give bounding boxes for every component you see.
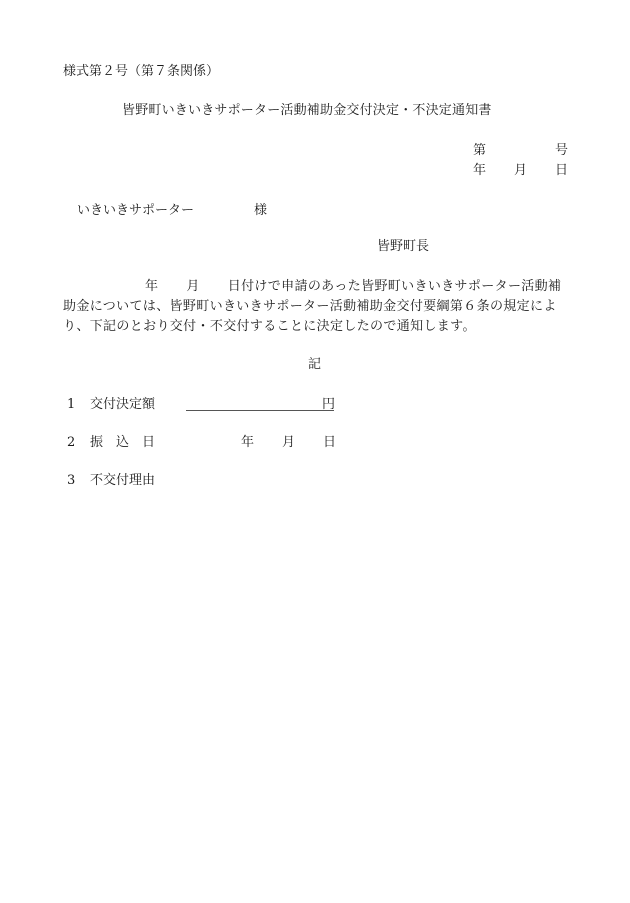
transfer-date-day: 日: [323, 435, 336, 451]
issue-date-day: 日: [555, 163, 568, 179]
issue-date-year: 年: [473, 163, 486, 179]
application-year: 年: [145, 279, 158, 294]
transfer-date-year: 年: [241, 435, 254, 451]
body-paragraph-line-1: 年月日付けで申請のあった皆野町いきいきサポーター活動補: [63, 279, 561, 295]
amount-underline: [186, 396, 334, 411]
application-month: 月: [186, 279, 199, 294]
amount-unit: 円: [322, 397, 335, 413]
form-number: 様式第２号（第７条関係）: [63, 64, 219, 80]
item-1-label: 交付決定額: [90, 397, 155, 413]
issuer: 皆野町長: [377, 239, 429, 255]
document-title: 皆野町いきいきサポーター活動補助金交付決定・不決定通知書: [122, 103, 492, 119]
reference-number-label: 第: [473, 143, 486, 159]
body-paragraph-line-2: 助金については、皆野町いきいきサポーター活動補助金交付要綱第６条の規定によ: [63, 299, 557, 315]
body-paragraph-line-3: り、下記のとおり交付・不交付することに決定したので通知します。: [63, 319, 476, 335]
recipient-name: いきいきサポーター: [77, 203, 194, 219]
ki-heading: 記: [308, 357, 321, 373]
issue-date-month: 月: [514, 163, 527, 179]
reference-number-suffix: 号: [555, 143, 568, 159]
item-3-number: 3: [67, 473, 75, 489]
item-2-label: 振 込 日: [90, 435, 155, 451]
item-1-number: 1: [67, 397, 75, 413]
transfer-date-month: 月: [282, 435, 295, 451]
item-2-number: 2: [67, 435, 75, 451]
recipient-honorific: 様: [254, 203, 267, 219]
application-day-text: 日付けで申請のあった皆野町いきいきサポーター活動補: [228, 279, 562, 294]
item-3-label: 不交付理由: [90, 473, 155, 489]
